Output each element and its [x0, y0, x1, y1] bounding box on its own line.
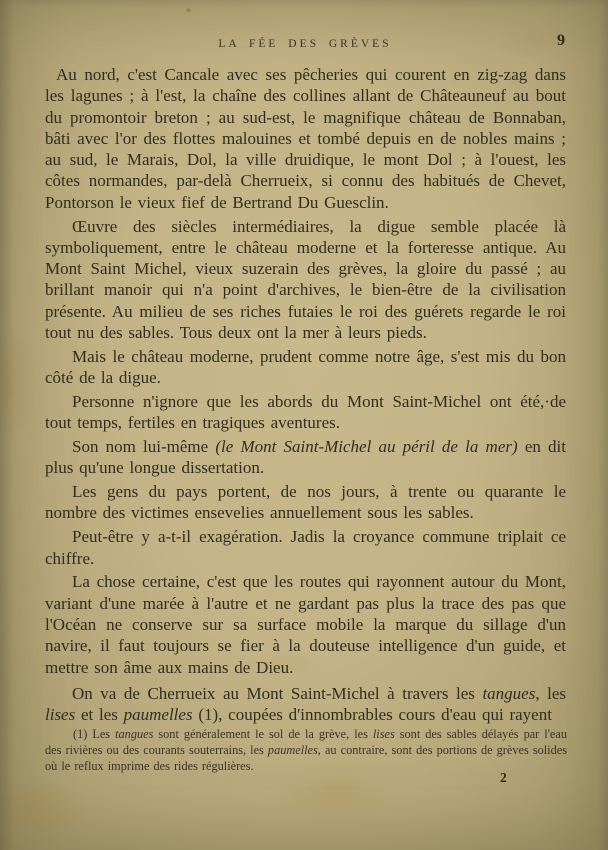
paragraph: On va de Cherrueix au Mont Saint-Michel … — [45, 683, 566, 726]
paragraph: Son nom lui-même (le Mont Saint-Michel a… — [45, 436, 566, 479]
text-segment: et les — [75, 705, 123, 724]
running-title: LA FÉE DES GRÈVES — [218, 38, 391, 50]
italic-term: paumelles — [268, 743, 318, 757]
text-segment: Mais le château moderne, prudent comme n… — [45, 347, 566, 387]
book-page: LA FÉE DES GRÈVES 9 Au nord, c'est Canca… — [0, 0, 608, 850]
italic-term: tangues — [482, 684, 535, 703]
signature-mark: 2 — [500, 770, 507, 786]
paragraph: Œuvre des siècles intermédiaires, la dig… — [45, 216, 566, 344]
text-segment: (1), coupées d'innombrables cours d'eau … — [193, 705, 552, 724]
italic-term: paumelles — [124, 705, 193, 724]
page-header: LA FÉE DES GRÈVES 9 — [45, 34, 565, 52]
italic-term: tangues — [115, 727, 153, 741]
paragraph: Mais le château moderne, prudent comme n… — [45, 346, 566, 389]
text-segment: Son nom lui-même — [72, 437, 215, 456]
footnote-paragraph: (1) Les tangues sont généralement le sol… — [45, 726, 567, 774]
italic-term: (le Mont Saint-Michel au péril de la mer… — [215, 437, 517, 456]
paragraph: La chose certaine, c'est que les routes … — [45, 571, 566, 677]
paragraph: Au nord, c'est Cancale avec ses pêcherie… — [45, 64, 566, 213]
paragraph: Les gens du pays portent, de nos jours, … — [45, 481, 566, 524]
text-segment: sont généralement le sol de la grève, le… — [153, 727, 373, 741]
text-segment: On va de Cherrueix au Mont Saint-Michel … — [72, 684, 482, 703]
body-text: Au nord, c'est Cancale avec ses pêcherie… — [45, 64, 566, 728]
italic-term: lises — [45, 705, 75, 724]
text-segment: , les — [535, 684, 566, 703]
page-number: 9 — [557, 32, 565, 50]
text-segment: Œuvre des siècles intermédiaires, la dig… — [45, 217, 566, 342]
text-segment: Les gens du pays portent, de nos jours, … — [45, 482, 566, 522]
italic-term: lises — [373, 727, 395, 741]
footnote: (1) Les tangues sont généralement le sol… — [45, 726, 567, 774]
text-segment: (1) Les — [73, 727, 115, 741]
paragraph: Peut-être y a-t-il exagération. Jadis la… — [45, 526, 566, 569]
text-segment: Personne n'ignore que les abords du Mont… — [45, 392, 566, 432]
text-segment: Au nord, c'est Cancale avec ses pêcherie… — [45, 65, 566, 212]
paragraph: Personne n'ignore que les abords du Mont… — [45, 391, 566, 434]
text-segment: La chose certaine, c'est que les routes … — [45, 572, 566, 676]
text-segment: Peut-être y a-t-il exagération. Jadis la… — [45, 527, 566, 567]
